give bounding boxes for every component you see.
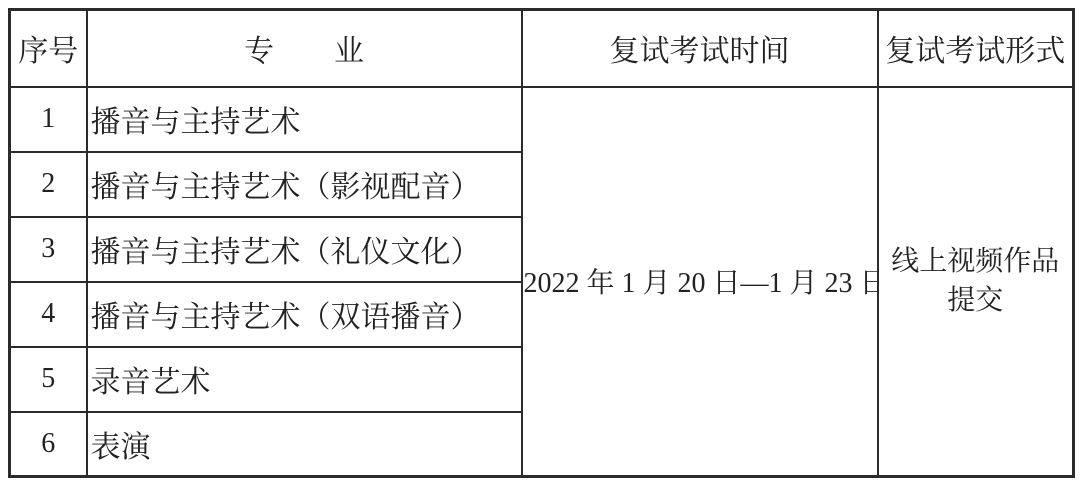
- major-name: 表演: [87, 412, 522, 477]
- row-index: 3: [10, 217, 87, 282]
- row-index: 2: [10, 152, 87, 217]
- col-header-index: 序号: [10, 10, 87, 87]
- col-header-major: 专 业: [87, 10, 522, 87]
- table-row: 1 播音与主持艺术 2022 年 1 月 20 日—1 月 23 日 线上视频作…: [10, 87, 1074, 152]
- row-index: 4: [10, 282, 87, 347]
- col-header-exam-time: 复试考试时间: [522, 10, 878, 87]
- row-index: 6: [10, 412, 87, 477]
- exam-time-cell: 2022 年 1 月 20 日—1 月 23 日: [522, 87, 878, 477]
- major-name: 播音与主持艺术: [87, 87, 522, 152]
- exam-schedule-table: 序号 专 业 复试考试时间 复试考试形式 1 播音与主持艺术 2022 年 1 …: [8, 8, 1075, 478]
- exam-format-cell: 线上视频作品 提交: [878, 87, 1074, 477]
- row-index: 1: [10, 87, 87, 152]
- row-index: 5: [10, 347, 87, 412]
- major-name: 播音与主持艺术（礼仪文化）: [87, 217, 522, 282]
- major-name: 播音与主持艺术（双语播音）: [87, 282, 522, 347]
- header-row: 序号 专 业 复试考试时间 复试考试形式: [10, 10, 1074, 87]
- col-header-exam-format: 复试考试形式: [878, 10, 1074, 87]
- major-name: 录音艺术: [87, 347, 522, 412]
- document-page: 序号 专 业 复试考试时间 复试考试形式 1 播音与主持艺术 2022 年 1 …: [0, 0, 1080, 496]
- major-name: 播音与主持艺术（影视配音）: [87, 152, 522, 217]
